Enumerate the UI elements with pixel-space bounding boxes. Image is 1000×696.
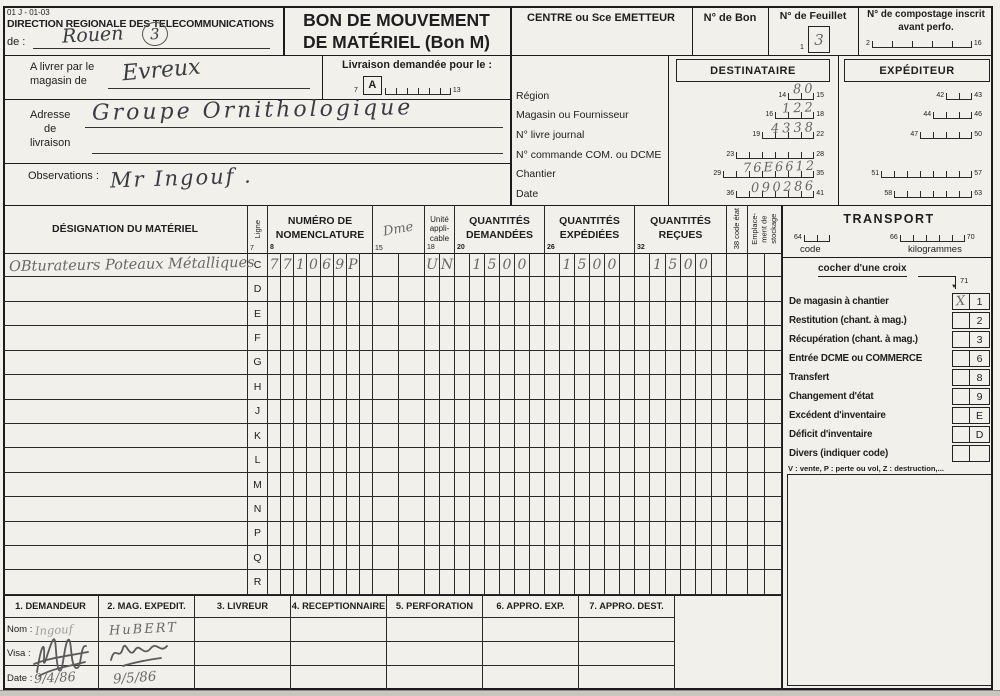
qa-cell: [455, 400, 470, 423]
field-label: N° livre journal: [510, 129, 670, 141]
qc-cell: [696, 424, 711, 447]
nom-cell: [347, 302, 360, 325]
qa-cell: [500, 326, 515, 349]
un-cell: [425, 302, 440, 325]
ligne-header: Ligne 7: [248, 205, 268, 253]
ligne-cell: E: [248, 302, 268, 325]
nom-cell: [321, 424, 334, 447]
qc-cell: [681, 473, 696, 496]
qte-expediees-text: QUANTITÉS EXPÉDIÉES: [559, 215, 620, 242]
qc-cell: [666, 448, 681, 471]
un-cell: [425, 424, 440, 447]
qa-cell: [470, 302, 485, 325]
material-row: OBturateurs Poteaux MétalliquesC771069PU…: [3, 253, 782, 277]
nom-cell: [195, 618, 290, 642]
qc-cell: [681, 326, 696, 349]
qc-cell: [635, 351, 650, 374]
qa-cell: [500, 302, 515, 325]
qc-cell: [650, 326, 665, 349]
nom-cell: [334, 277, 347, 300]
qa-cell: [455, 277, 470, 300]
divider: [768, 6, 769, 55]
qr-col-num: 32: [637, 243, 645, 252]
qc-cell: [712, 424, 727, 447]
qa-cell: 0: [500, 253, 515, 276]
qa-cell: [515, 546, 530, 569]
qc-cell: [666, 424, 681, 447]
qb-cell: [560, 351, 575, 374]
qa-cell: [515, 400, 530, 423]
transport-option-code: E: [970, 407, 990, 424]
qc-cell: [666, 351, 681, 374]
digit-cells: [920, 132, 972, 139]
qa-cell: [485, 497, 500, 520]
qa-cell: [455, 253, 470, 276]
nom-cell: 1: [294, 253, 307, 276]
qc-cell: [666, 375, 681, 398]
qb-cell: [560, 570, 575, 593]
nom-cell: [281, 570, 294, 593]
nom-cell: [360, 497, 373, 520]
em-cell: [765, 448, 782, 471]
nom-cell: [347, 497, 360, 520]
unite-col-num: 18: [427, 244, 435, 252]
nom-cell: [281, 351, 294, 374]
qb-cell: [575, 522, 590, 545]
qb-cell: [545, 400, 560, 423]
qc-cell: [650, 473, 665, 496]
sm-cell: [399, 424, 425, 447]
nom-cell: [294, 424, 307, 447]
qb-cell: [560, 277, 575, 300]
qa-cell: [485, 302, 500, 325]
qb-cell: [590, 473, 605, 496]
cell-start-num: 44: [923, 111, 931, 119]
qb-cell: [620, 546, 635, 569]
qb-cell: [605, 570, 620, 593]
cell-start-num: 29: [713, 170, 721, 178]
material-row: Q: [3, 546, 782, 570]
feuillet-index: 1: [800, 44, 804, 51]
qa-cell: [500, 375, 515, 398]
qb-cell: [560, 522, 575, 545]
qc-cell: [712, 522, 727, 545]
nom-cell: [281, 326, 294, 349]
dest-value-handwritten: 76E6612: [743, 159, 817, 177]
nom-cell: [347, 448, 360, 471]
cell-value-handwritten: 9: [335, 257, 344, 273]
ligne-letter: L: [255, 454, 261, 466]
un-cell: [425, 448, 440, 471]
nom-cell: [334, 351, 347, 374]
nom-cell: [347, 546, 360, 569]
qb-cell: [575, 351, 590, 374]
nom-cell: [294, 326, 307, 349]
material-table-body: OBturateurs Poteaux MétalliquesC771069PU…: [3, 253, 782, 595]
ligne-cell: J: [248, 400, 268, 423]
qa-cell: [455, 351, 470, 374]
cell-value-handwritten: 5: [488, 257, 497, 273]
em-cell: [765, 277, 782, 300]
dest-value-handwritten: 4338: [771, 120, 817, 137]
nom-cell: [281, 424, 294, 447]
qa-cell: [500, 497, 515, 520]
qc-cell: [635, 424, 650, 447]
visa-cell: [387, 642, 482, 666]
qb-cell: [605, 302, 620, 325]
qb-cell: [575, 424, 590, 447]
paper-edge: [0, 690, 1000, 696]
nom-cell: [360, 570, 373, 593]
visa-cell: Visa :: [3, 642, 98, 666]
nom-cell: [347, 351, 360, 374]
cell-value-handwritten: 0: [593, 257, 602, 273]
qb-cell: [545, 277, 560, 300]
ligne-letter: P: [254, 527, 261, 539]
un-cell: [440, 424, 455, 447]
sm-cell: [373, 253, 399, 276]
footer-header: 5. PERFORATION: [387, 595, 482, 618]
cell-start-num: 36: [726, 190, 734, 198]
sm-cell: [399, 326, 425, 349]
em-cell: [748, 351, 765, 374]
date-cell: [579, 666, 674, 690]
nom-cell: [281, 302, 294, 325]
un-cell: [440, 326, 455, 349]
designation-cell: [3, 473, 248, 496]
sm-cell: [399, 400, 425, 423]
em-cell: [748, 400, 765, 423]
ligne-letter: K: [254, 430, 261, 442]
qa-cell: [500, 546, 515, 569]
un-cell: [425, 351, 440, 374]
cell-value-handwritten: 5: [578, 257, 587, 273]
dest-value-handwritten: 80: [793, 81, 816, 97]
un-cell: [425, 400, 440, 423]
nom-cell: [294, 375, 307, 398]
nom-cell: [321, 351, 334, 374]
qa-cell: [515, 448, 530, 471]
nom-cell: [294, 277, 307, 300]
qc-cell: [712, 448, 727, 471]
un-cell: [425, 375, 440, 398]
date-cell: Date : 9/4/86: [3, 666, 98, 690]
qb-cell: [605, 351, 620, 374]
cell-end-num: 35: [816, 170, 824, 178]
qc-cell: [696, 546, 711, 569]
qc-cell: [681, 351, 696, 374]
qb-cell: [620, 473, 635, 496]
sm-cell: [373, 497, 399, 520]
em-cell: [748, 326, 765, 349]
material-row: D: [3, 277, 782, 301]
qc-cell: [635, 253, 650, 276]
footer-header: 1. DEMANDEUR: [3, 595, 98, 618]
designation-cell: [3, 522, 248, 545]
ligne-cell: L: [248, 448, 268, 471]
ce-cell: [727, 326, 748, 349]
nom-cell: [360, 400, 373, 423]
dest-field: 36 41 090286: [670, 190, 838, 198]
nom-cell: [268, 448, 281, 471]
transport-option-label: Changement d'état: [786, 391, 952, 402]
qb-cell: [590, 326, 605, 349]
cell-value-handwritten: N: [441, 257, 453, 273]
unite-header-text: Unité appli- cable: [430, 215, 450, 244]
qa-cell: [515, 277, 530, 300]
footer-header: 3. LIVREUR: [195, 595, 290, 618]
qa-cell: [485, 522, 500, 545]
ligne-cell: H: [248, 375, 268, 398]
qa-cell: [500, 570, 515, 593]
cell-value-handwritten: U: [426, 257, 438, 273]
visa-cell: [195, 642, 290, 666]
transport-code-label: code: [800, 244, 821, 255]
transport-option-label: Récupération (chant. à mag.): [786, 334, 952, 345]
qa-cell: [485, 546, 500, 569]
ligne-letter: G: [253, 356, 261, 368]
sm-cell: [373, 546, 399, 569]
qa-cell: [470, 424, 485, 447]
material-row: R: [3, 570, 782, 594]
sm-cell: [373, 351, 399, 374]
nom-cell: [268, 400, 281, 423]
qb-cell: [590, 351, 605, 374]
sm-cell: [373, 302, 399, 325]
designation-cell: [3, 326, 248, 349]
em-cell: [748, 497, 765, 520]
digit-cells: [946, 93, 972, 100]
nom-cell: [321, 400, 334, 423]
compostage-start-num: 2: [866, 40, 870, 48]
qb-cell: 5: [575, 253, 590, 276]
ligne-cell: K: [248, 424, 268, 447]
nom-cell: 9: [334, 253, 347, 276]
em-cell: [748, 570, 765, 593]
qa-cell: [485, 351, 500, 374]
em-cell: [765, 424, 782, 447]
qb-cell: [545, 424, 560, 447]
qc-cell: [681, 546, 696, 569]
qa-cell: [515, 522, 530, 545]
nom-cell: [321, 326, 334, 349]
qc-cell: [696, 570, 711, 593]
date-cell: [195, 666, 290, 690]
transport-option-checkbox: [952, 350, 970, 367]
nom-cell: [483, 618, 578, 642]
qb-cell: [560, 424, 575, 447]
qc-cell: [696, 326, 711, 349]
qc-cell: [696, 400, 711, 423]
ce-cell: [727, 400, 748, 423]
em-cell: [765, 253, 782, 276]
ligne-cell: Q: [248, 546, 268, 569]
ligne-cell: M: [248, 473, 268, 496]
qb-cell: [590, 546, 605, 569]
un-cell: [425, 546, 440, 569]
sm-cell: [399, 570, 425, 593]
material-row: N: [3, 497, 782, 521]
qc-cell: [712, 326, 727, 349]
nom-cell: [321, 522, 334, 545]
qa-cell: [530, 253, 545, 276]
transport-option-row: Restitution (chant. à mag.)2: [786, 311, 994, 330]
designation-cell: [3, 400, 248, 423]
form-title-line2: DE MATÉRIEL (Bon M): [285, 32, 508, 54]
nom-cell: [281, 448, 294, 471]
qte-expediees-header: QUANTITÉS EXPÉDIÉES 26: [545, 205, 635, 253]
qc-cell: [666, 302, 681, 325]
nom-cell: 6: [321, 253, 334, 276]
qb-cell: [545, 522, 560, 545]
qc-cell: [712, 400, 727, 423]
transport-kg-field: 66 70: [888, 234, 977, 242]
ligne-letter: H: [254, 381, 262, 393]
qa-cell: [470, 448, 485, 471]
qb-cell: [545, 546, 560, 569]
nom-cell: [334, 302, 347, 325]
nomenclature-header-text: NUMÉRO DE NOMENCLATURE: [276, 215, 364, 242]
qa-cell: [470, 546, 485, 569]
kg-cells: [900, 235, 965, 242]
nom-cell: [321, 570, 334, 593]
ce-cell: [727, 546, 748, 569]
dest-value-handwritten: 090286: [751, 179, 816, 196]
nom-cell: [307, 277, 320, 300]
form-code: 01 J - 01-03: [7, 8, 50, 17]
qc-cell: [712, 473, 727, 496]
un-cell: [440, 277, 455, 300]
qa-cell: [530, 473, 545, 496]
nom-cell: [334, 473, 347, 496]
nom-cell: [281, 375, 294, 398]
designation-cell: [3, 375, 248, 398]
un-cell: U: [425, 253, 440, 276]
qa-cell: [500, 351, 515, 374]
qb-cell: [620, 253, 635, 276]
qc-cell: [712, 277, 727, 300]
nom-cell: [321, 448, 334, 471]
qa-cell: [530, 351, 545, 374]
qe-col-num: 26: [547, 243, 555, 252]
nom-cell: [334, 522, 347, 545]
qa-cell: [530, 400, 545, 423]
em-cell: [765, 522, 782, 545]
qc-cell: [712, 375, 727, 398]
nomenclature-col-num: 8: [270, 243, 274, 252]
qc-cell: [650, 522, 665, 545]
dest-field: 19 22 4338: [670, 131, 838, 139]
code-etat-header: 38 code état: [727, 205, 748, 253]
sm-cell: [373, 448, 399, 471]
cell-value-handwritten: 0: [518, 257, 527, 273]
transport-option-label: De magasin à chantier: [786, 296, 952, 307]
qc-cell: [696, 497, 711, 520]
nom-cell: [347, 424, 360, 447]
designation-cell: [3, 302, 248, 325]
qc-cell: [666, 570, 681, 593]
transport-option-code: [970, 445, 990, 462]
qa-cell: 1: [470, 253, 485, 276]
nom-cell: [307, 326, 320, 349]
exp-field: 58 63: [838, 190, 996, 198]
form-title: BON DE MOUVEMENT DE MATÉRIEL (Bon M): [285, 10, 508, 54]
cell-end-num: 50: [974, 131, 982, 139]
visa-cell: [99, 642, 194, 666]
nom-cell: [307, 302, 320, 325]
nom-cell: [268, 277, 281, 300]
qc-cell: [650, 375, 665, 398]
qb-cell: [605, 277, 620, 300]
nom-cell: [307, 424, 320, 447]
qa-cell: [455, 473, 470, 496]
qa-cell: [485, 326, 500, 349]
ligne-cell: R: [248, 570, 268, 593]
digit-cells: [736, 152, 814, 159]
qc-cell: [666, 326, 681, 349]
qc-cell: [681, 570, 696, 593]
qb-cell: [560, 302, 575, 325]
de-value-handwritten: Rouen: [61, 22, 124, 47]
croix-arrow-horizontal: [918, 276, 956, 277]
nom-cell: [281, 546, 294, 569]
panel-row-livre-journal: N° livre journal 19 22 4338 47 50: [510, 125, 996, 145]
nom-cell: 7: [268, 253, 281, 276]
designation-cell: [3, 424, 248, 447]
cell-start-num: 16: [765, 111, 773, 119]
material-row: L: [3, 448, 782, 472]
qc-cell: [635, 326, 650, 349]
qa-cell: [530, 546, 545, 569]
material-row: G: [3, 351, 782, 375]
qc-cell: [650, 302, 665, 325]
cell-start-num: 51: [871, 170, 879, 178]
ligne-letter: R: [254, 576, 262, 588]
qa-cell: [530, 326, 545, 349]
transport-option-row: Changement d'état9: [786, 387, 994, 406]
de-underline: [33, 48, 270, 49]
exp-field: 47 50: [838, 131, 996, 139]
exp-field: 51 57: [838, 170, 996, 178]
qc-cell: [681, 375, 696, 398]
em-cell: [748, 375, 765, 398]
org-name: DIRECTION REGIONALE DES TELECOMMUNICATIO…: [7, 18, 274, 30]
cell-end-num: 28: [816, 151, 824, 159]
adresse-label-2: de: [44, 123, 56, 135]
qa-cell: [530, 497, 545, 520]
qc-cell: [696, 522, 711, 545]
qb-cell: [575, 277, 590, 300]
qc-cell: [681, 302, 696, 325]
qb-cell: [545, 570, 560, 593]
ce-cell: [727, 351, 748, 374]
no-de-bon-label: N° de Bon: [694, 12, 766, 24]
qb-cell: [605, 497, 620, 520]
ce-cell: [727, 570, 748, 593]
ce-cell: [727, 522, 748, 545]
qc-cell: [696, 473, 711, 496]
material-row: F: [3, 326, 782, 350]
transport-option-label: Restitution (chant. à mag.): [786, 315, 952, 326]
observations-label: Observations :: [28, 170, 99, 182]
nom-cell: [307, 400, 320, 423]
nom-cell: [360, 302, 373, 325]
compostage-cells: [872, 41, 972, 48]
nom-cell: [307, 497, 320, 520]
transport-code-field: 64: [792, 234, 830, 242]
qc-cell: 5: [666, 253, 681, 276]
qc-cell: [666, 400, 681, 423]
